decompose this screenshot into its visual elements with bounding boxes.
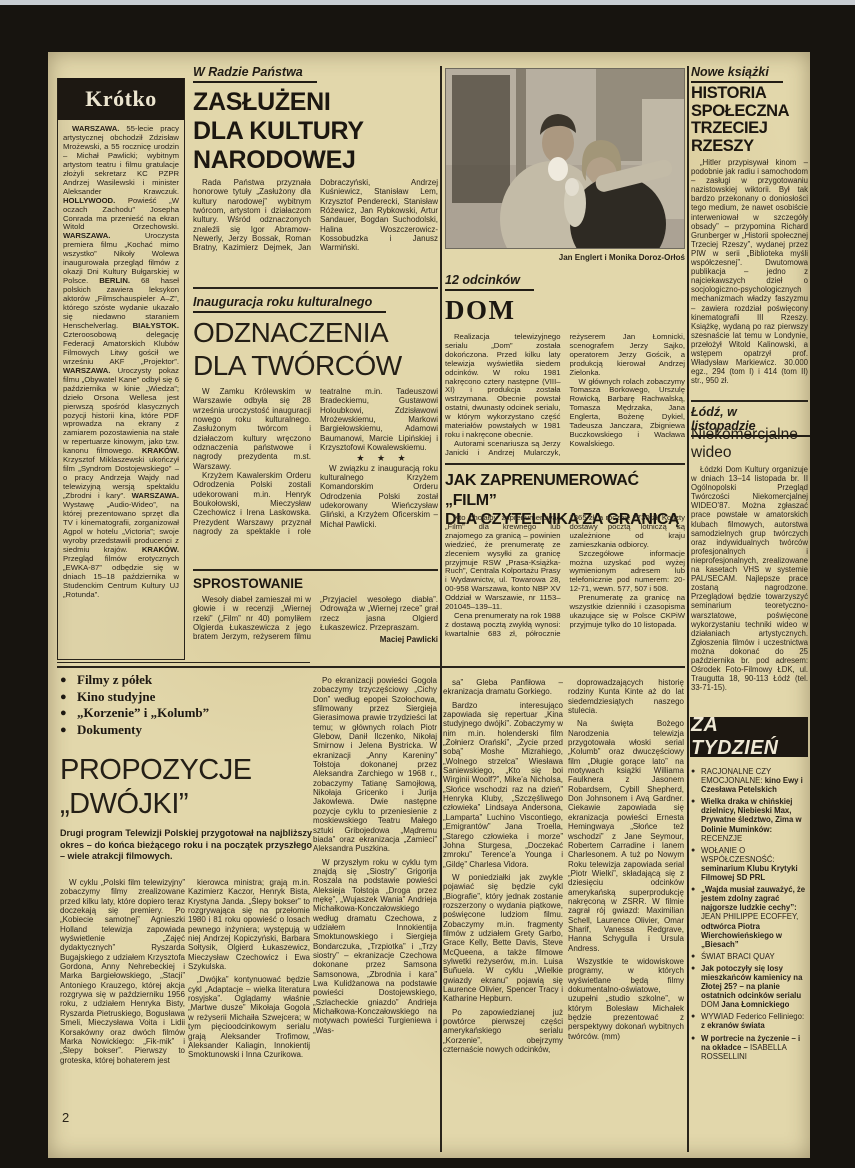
propozycje-col3: Po ekranizacji powieści Gogola zobaczymy… xyxy=(313,676,437,1160)
za-tydzien-title: ZA TYDZIEŃ xyxy=(691,714,807,760)
zajawki-list: Filmy z półekKino studyjne„Korzenie” i „… xyxy=(60,672,312,738)
krotko-title: Krótko xyxy=(85,86,156,112)
column-rule-middle xyxy=(440,66,442,1152)
page-number: 2 xyxy=(62,1110,69,1125)
zasluzeni-kicker: W Radzie Państwa xyxy=(193,65,317,83)
section-rule xyxy=(445,463,685,465)
section-rule xyxy=(193,287,438,289)
za-tydzien-list: RACJONALNE CZY EMOCJONALNE: kino Ewy i C… xyxy=(691,764,808,1154)
photo-jan-englert-monika-doroz-orlos xyxy=(445,68,685,249)
prenumerata-body: Kto chciałby zaprenumerować „Film” dla k… xyxy=(445,514,685,664)
propozycje-col1: W cyklu „Polski film telewizyjny” zobacz… xyxy=(60,878,185,1156)
sprostowanie-title: SPROSTOWANIE xyxy=(193,576,303,591)
propozycje-headline: PROPOZYCJE „DWÓJKI” xyxy=(60,753,312,821)
dom-body: Realizacja telewizyjnego serialu „Dom” z… xyxy=(445,333,685,461)
scan-top-strip xyxy=(0,0,855,5)
krotko-body: WARSZAWA. 55-lecie pracy artystycznej ob… xyxy=(58,120,184,656)
newspaper-scan: { "page": { "number": "2" }, "krotko": {… xyxy=(0,0,855,1168)
photo-caption: Jan Englert i Monika Doroz-Orłoś xyxy=(445,253,685,262)
propozycje-lead: Drugi program Telewizji Polskiej przygot… xyxy=(60,828,312,863)
wideo-body: Łódzki Dom Kultury organizuje w dniach 1… xyxy=(691,465,808,713)
krotko-column: Krótko WARSZAWA. 55-lecie pracy artystyc… xyxy=(57,78,185,660)
section-rule xyxy=(193,569,438,571)
section-rule-long xyxy=(57,666,685,668)
odznaczenia-body: W Zamku Królewskim w Warszawie odbyła si… xyxy=(193,387,438,565)
historia-kicker: Nowe książki xyxy=(691,65,783,83)
historia-headline: HISTORIA SPOŁECZNA TRZECIEJ RZESZY xyxy=(691,85,808,155)
zasluzeni-headline: ZASŁUŻENI DLA KULTURY NARODOWEJ xyxy=(193,88,439,175)
sprostowanie-body: Wesoły diabeł zamieszał mi w głowie i w … xyxy=(193,595,438,661)
odznaczenia-kicker: Inauguracja roku kulturalnego xyxy=(193,295,386,313)
dom-headline: DOM xyxy=(445,295,515,326)
krotko-title-box: Krótko xyxy=(58,78,184,120)
propozycje-col5: doprowadzających historię rodziny Kunta … xyxy=(568,678,684,1160)
propozycje-col4: sa” Gleba Panfiłowa – ekranizacja dramat… xyxy=(443,678,563,1160)
double-rule-thin xyxy=(57,662,310,663)
newspaper-page: Krótko WARSZAWA. 55-lecie pracy artystyc… xyxy=(48,52,810,1158)
photo-illustration xyxy=(446,69,685,249)
odznaczenia-headline: ODZNACZENIA DLA TWÓRCÓW xyxy=(193,316,439,382)
wideo-headline: Niekomercjalne wideo xyxy=(691,426,808,461)
za-tydzien-box: ZA TYDZIEŃ xyxy=(690,717,808,757)
historia-body: „Hitler przypisywał kinom – podobnie jak… xyxy=(691,158,808,398)
zasluzeni-body: Rada Państwa przyznała honorowe tytuły „… xyxy=(193,178,438,284)
dom-kicker: 12 odcinków xyxy=(445,273,534,291)
propozycje-col2: kierowca ministra; grają m.in. Kazimierz… xyxy=(188,878,310,1156)
section-rule xyxy=(691,400,808,402)
column-rule-right xyxy=(687,66,689,1152)
